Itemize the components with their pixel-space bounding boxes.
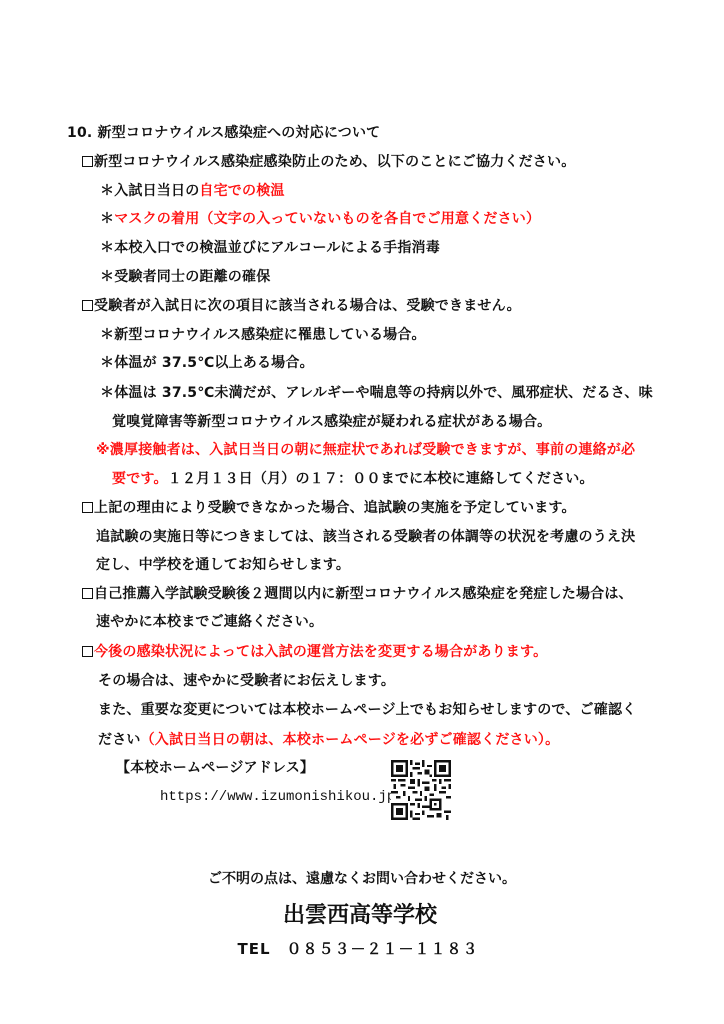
item-text: ＊入試日当日の xyxy=(100,183,199,199)
block2-item-1: ＊新型コロナウイルス感染症に罹患している場合。 xyxy=(100,326,426,344)
block1-item-1: ＊入試日当日の自宅での検温 xyxy=(100,182,285,200)
block3-intro: 上記の理由により受験できなかった場合、追試験の実施を予定しています。 xyxy=(82,499,576,517)
homepage-url-link[interactable]: https://www.izumonishikou.jp/ xyxy=(160,788,404,806)
block4-intro-text: 自己推薦入学試験受験後２週間以内に新型コロナウイルス感染症を発症した場合は、 xyxy=(94,586,633,602)
item-emphasis: マスクの着用（文字の入っていないものを各自でご用意ください） xyxy=(114,211,540,227)
close-contact-note: ※濃厚接触者は、入試日当日の朝に無症状であれば受験できますが、事前の連絡が必 xyxy=(96,441,635,459)
checkbox-square-icon xyxy=(82,300,93,311)
block3-line-2: 定し、中学校を通してお知らせします。 xyxy=(96,556,350,574)
section-heading: 10. 新型コロナウイルス感染症への対応について xyxy=(67,124,380,142)
block1-item-4: ＊受験者同士の距離の確保 xyxy=(100,268,270,286)
block2-intro-text: 受験者が入試日に次の項目に該当される場合は、受験できません。 xyxy=(94,298,521,314)
checkbox-square-icon xyxy=(82,502,93,513)
line-text: ださい xyxy=(98,732,141,748)
qr-code-icon[interactable] xyxy=(391,760,451,820)
block3-intro-text: 上記の理由により受験できなかった場合、追試験の実施を予定しています。 xyxy=(94,500,576,516)
block2-item-3: ＊体温は 37.5℃未満だが、アレルギーや喘息等の持病以外で、風邪症状、だるさ、… xyxy=(100,384,653,402)
block4-intro: 自己推薦入学試験受験後２週間以内に新型コロナウイルス感染症を発症した場合は、 xyxy=(82,585,633,603)
block2-item-2: ＊体温が 37.5℃以上ある場合。 xyxy=(100,354,314,372)
school-name: 出雲西高等学校 xyxy=(0,898,722,929)
block1-intro: 新型コロナウイルス感染症感染防止のため、以下のことにご協力ください。 xyxy=(82,153,575,171)
block1-intro-text: 新型コロナウイルス感染症感染防止のため、以下のことにご協力ください。 xyxy=(94,154,575,170)
block2-intro: 受験者が入試日に次の項目に該当される場合は、受験できません。 xyxy=(82,297,521,315)
note-emphasis: 要です。 xyxy=(112,471,168,487)
homepage-label: 【本校ホームページアドレス】 xyxy=(116,759,314,777)
item-emphasis: 自宅での検温 xyxy=(199,183,284,199)
block5-intro: 今後の感染状況によっては入試の運営方法を変更する場合があります。 xyxy=(82,643,547,661)
line-emphasis: （入試日当日の朝は、本校ホームページを必ずご確認ください）。 xyxy=(141,732,560,748)
block5-line-1: その場合は、速やかに受験者にお伝えします。 xyxy=(98,672,395,690)
checkbox-square-icon xyxy=(82,156,93,167)
item-text: ＊ xyxy=(100,211,114,227)
block1-item-2: ＊マスクの着用（文字の入っていないものを各自でご用意ください） xyxy=(100,210,540,228)
block5-line-3: ださい（入試日当日の朝は、本校ホームページを必ずご確認ください）。 xyxy=(98,731,559,749)
block2-item-3-cont: 覚嗅覚障害等新型コロナウイルス感染症が疑われる症状がある場合。 xyxy=(112,413,551,431)
checkbox-square-icon xyxy=(82,646,93,657)
block4-line-1: 速やかに本校までご連絡ください。 xyxy=(96,613,323,631)
school-telephone: TEL ０８５３－２１－１１８３ xyxy=(0,938,720,959)
inquiry-text: ご不明の点は、遠慮なくお問い合わせください。 xyxy=(0,868,724,888)
note-deadline: １２月１３日（月）の１７：００までに本校に連絡してください。 xyxy=(168,471,594,487)
checkbox-square-icon xyxy=(82,588,93,599)
block1-item-3: ＊本校入口での検温並びにアルコールによる手指消毒 xyxy=(100,239,440,257)
close-contact-note-cont: 要です。１２月１３日（月）の１７：００までに本校に連絡してください。 xyxy=(112,470,594,488)
block5-line-2: また、重要な変更については本校ホームページ上でもお知らせしますので、ご確認く xyxy=(98,701,636,719)
block5-intro-text: 今後の感染状況によっては入試の運営方法を変更する場合があります。 xyxy=(94,644,547,660)
block3-line-1: 追試験の実施日等につきましては、該当される受験者の体調等の状況を考慮のうえ決 xyxy=(96,528,635,546)
